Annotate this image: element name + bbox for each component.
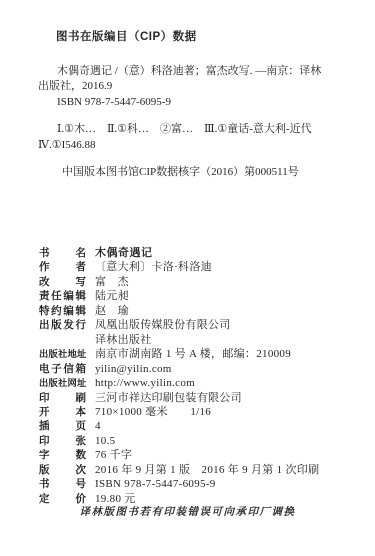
colophon-row-value: 710×1000 毫米 1/16 (95, 406, 211, 418)
book-copyright-page: 图书在版编目（CIP）数据 木偶奇遇记 /（意）科洛迪著；富杰改写. —南京：译… (0, 0, 375, 556)
colophon-row-value-cell: 赵 瑜 (95, 304, 129, 318)
misprint-exchange-notice: 译林版图书若有印装错误可向承印厂调换 (0, 504, 375, 519)
colophon-row-value: 4 (95, 420, 101, 432)
colophon-row-value-cell: 木偶奇遇记 (95, 246, 153, 260)
colophon-row: 责任编辑 陆元昶 (39, 289, 357, 303)
colophon-row-value: 三河市祥达印刷包装有限公司 (95, 392, 242, 404)
colophon-row-label: 电子信箱 (39, 362, 86, 376)
colophon-row-value: yilin@yilin.com (95, 363, 172, 375)
cip-classification-line2: Ⅳ.①I546.88 (38, 138, 339, 154)
colophon-row: 开本 710×1000 毫米 1/16 (39, 405, 357, 419)
colophon-row: 特约编辑 赵 瑜 (39, 304, 357, 318)
colophon-row-value: 富 杰 (95, 276, 129, 288)
colophon-row-value: 南京市湖南路 1 号 A 楼，邮编：210009 (95, 348, 291, 360)
colophon-row-label: 开本 (39, 405, 86, 419)
colophon-row-value: 76 千字 (95, 449, 132, 461)
colophon-row: 印张 10.5 (39, 434, 357, 448)
colophon-row-label: 出版发行 (39, 318, 86, 332)
colophon-row: 出版社地址 南京市湖南路 1 号 A 楼，邮编：210009 (39, 347, 357, 361)
colophon-row-label: 书号 (39, 477, 86, 491)
colophon-row: 出版社网址 http://www.yilin.com (39, 376, 357, 390)
colophon-row-value: 〔意大利〕卡洛·科洛迪 (95, 261, 212, 273)
colophon-row-value: 赵 瑜 (95, 305, 129, 317)
colophon-row-label: 出版社网址 (39, 376, 86, 390)
colophon-row-value-cell: 710×1000 毫米 1/16 (95, 405, 211, 419)
colophon-row-label: 印刷 (39, 391, 86, 405)
colophon-row: 改写 富 杰 (39, 275, 357, 289)
colophon-row-label: 版次 (39, 463, 86, 477)
colophon-row-label: 字数 (39, 448, 86, 462)
colophon-row: 印刷 三河市祥达印刷包装有限公司 (39, 391, 357, 405)
colophon-row-value: 19.80 元 (95, 493, 136, 505)
cip-record-number: 中国版本图书馆CIP数据核字（2016）第000511号 (38, 165, 339, 181)
colophon-row-value-cell: 〔意大利〕卡洛·科洛迪 (95, 260, 212, 274)
colophon-row-value: 2016 年 9 月第 1 版 2016 年 9 月第 1 次印刷 (95, 464, 319, 476)
colophon-row-value: 10.5 (95, 435, 115, 447)
cip-title-statement-line2: 出版社，2016.9 (38, 79, 339, 95)
colophon-row-label: 印张 (39, 434, 86, 448)
colophon-row-value-cell: 南京市湖南路 1 号 A 楼，邮编：210009 (95, 347, 291, 361)
colophon-row-value-cell: 76 千字 (95, 448, 132, 462)
colophon-row-label: 责任编辑 (39, 289, 86, 303)
colophon-row: 电子信箱 yilin@yilin.com (39, 362, 357, 376)
colophon-row-value: 木偶奇遇记 (95, 247, 153, 259)
colophon-row: 作者 〔意大利〕卡洛·科洛迪 (39, 260, 357, 274)
cip-classification-line1: Ⅰ.①木… Ⅱ.①科… ②富… Ⅲ.①童话-意大利-近代 (38, 122, 339, 138)
cip-block: 图书在版编目（CIP）数据 木偶奇遇记 /（意）科洛迪著；富杰改写. —南京：译… (38, 30, 339, 181)
colophon-row-value-cell: 三河市祥达印刷包装有限公司 (95, 391, 242, 405)
colophon-row: 插页 4 (39, 419, 357, 433)
colophon-row-value: http://www.yilin.com (95, 377, 195, 389)
colophon-row-label: 书名 (39, 246, 86, 260)
colophon-row-label: 改写 (39, 275, 86, 289)
colophon-row-value-cell: 2016 年 9 月第 1 版 2016 年 9 月第 1 次印刷 (95, 463, 319, 477)
colophon-row: 书名 木偶奇遇记 (39, 246, 357, 260)
colophon-row-value-cell: ISBN 978-7-5447-6095-9 (95, 477, 216, 491)
cip-heading: 图书在版编目（CIP）数据 (56, 30, 339, 46)
colophon-row-value-line2: 译林出版社 (95, 333, 231, 347)
colophon-row: 版次 2016 年 9 月第 1 版 2016 年 9 月第 1 次印刷 (39, 463, 357, 477)
colophon-row-value-cell: 4 (95, 419, 101, 433)
colophon-row-value-cell: http://www.yilin.com (95, 376, 195, 390)
colophon-row: 书号 ISBN 978-7-5447-6095-9 (39, 477, 357, 491)
colophon-row-value-cell: 陆元昶 (95, 289, 129, 303)
colophon-row-label: 插页 (39, 419, 86, 433)
colophon-list: 书名 木偶奇遇记 作者 〔意大利〕卡洛·科洛迪 改写 富 杰 责任编辑 陆元昶 (39, 246, 357, 506)
colophon-row-value: 凤凰出版传媒股份有限公司 (95, 319, 231, 331)
colophon-row-value: 陆元昶 (95, 290, 129, 302)
colophon-row-value-cell: 富 杰 (95, 275, 129, 289)
colophon-row-value-cell: 凤凰出版传媒股份有限公司 译林出版社 (95, 318, 231, 347)
colophon-row-label: 出版社地址 (39, 347, 86, 361)
colophon-row-value-cell: 10.5 (95, 434, 115, 448)
colophon-row: 出版发行 凤凰出版传媒股份有限公司 译林出版社 (39, 318, 357, 347)
colophon-row: 字数 76 千字 (39, 448, 357, 462)
colophon-row-value: ISBN 978-7-5447-6095-9 (95, 478, 216, 490)
colophon-row-value-cell: yilin@yilin.com (95, 362, 172, 376)
colophon-row-label: 特约编辑 (39, 304, 86, 318)
colophon-row-label: 作者 (39, 260, 86, 274)
cip-isbn-line: ISBN 978-7-5447-6095-9 (38, 95, 339, 111)
cip-title-statement-line1: 木偶奇遇记 /（意）科洛迪著；富杰改写. —南京：译林 (38, 64, 339, 80)
